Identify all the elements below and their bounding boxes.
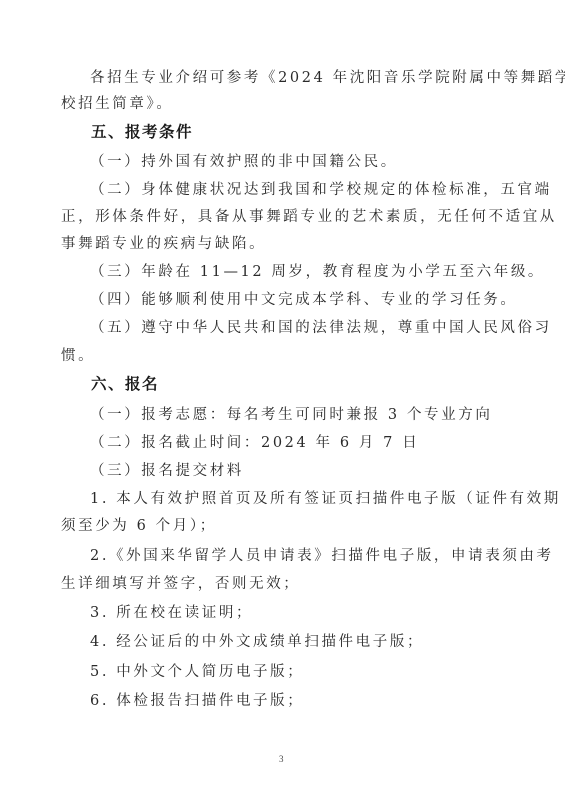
material-item-2-cont: 生详细填写并签字，否则无效； bbox=[61, 574, 506, 594]
paragraph-intro: 各招生专业介绍可参考《2024 年沈阳音乐学院附属中等舞蹈学 bbox=[90, 68, 506, 88]
page-number: 3 bbox=[279, 754, 284, 764]
paragraph-intro-cont: 校招生简章》。 bbox=[61, 94, 506, 114]
material-item-1-cont: 须至少为 6 个月）； bbox=[61, 516, 506, 536]
requirement-item-2-cont2: 事舞蹈专业的疾病与缺陷。 bbox=[61, 234, 506, 254]
requirement-item-2: （二）身体健康状况达到我国和学校规定的体检标准，五官端 bbox=[90, 180, 506, 200]
material-item-6: 6. 体检报告扫描件电子版； bbox=[90, 691, 506, 711]
requirement-item-4: （四）能够顺利使用中文完成本学科、专业的学习任务。 bbox=[90, 290, 506, 310]
requirement-item-5: （五）遵守中华人民共和国的法律法规，尊重中国人民风俗习 bbox=[90, 318, 506, 338]
section-heading-registration: 六、报名 bbox=[91, 374, 536, 394]
registration-item-1: （一）报考志愿：每名考生可同时兼报 3 个专业方向 bbox=[90, 405, 506, 425]
material-item-5: 5. 中外文个人简历电子版； bbox=[90, 662, 506, 682]
registration-item-3: （三）报名提交材料 bbox=[90, 461, 506, 481]
registration-item-2: （二）报名截止时间：2024 年 6 月 7 日 bbox=[90, 433, 506, 453]
material-item-3: 3. 所在校在读证明； bbox=[90, 603, 506, 623]
material-item-4: 4. 经公证后的中外文成绩单扫描件电子版； bbox=[90, 632, 506, 652]
requirement-item-5-cont: 惯。 bbox=[61, 346, 506, 366]
document-page: 各招生专业介绍可参考《2024 年沈阳音乐学院附属中等舞蹈学 校招生简章》。 五… bbox=[0, 0, 565, 800]
material-item-1: 1. 本人有效护照首页及所有签证页扫描件电子版（证件有效期 bbox=[90, 489, 506, 509]
requirement-item-1: （一）持外国有效护照的非中国籍公民。 bbox=[90, 152, 506, 172]
requirement-item-3: （三）年龄在 11—12 周岁，教育程度为小学五至六年级。 bbox=[90, 262, 506, 282]
material-item-2: 2.《外国来华留学人员申请表》扫描件电子版，申请表须由考 bbox=[90, 546, 506, 566]
requirement-item-2-cont: 正，形体条件好，具备从事舞蹈专业的艺术素质，无任何不适宜从 bbox=[61, 207, 506, 227]
section-heading-requirements: 五、报考条件 bbox=[91, 122, 536, 142]
